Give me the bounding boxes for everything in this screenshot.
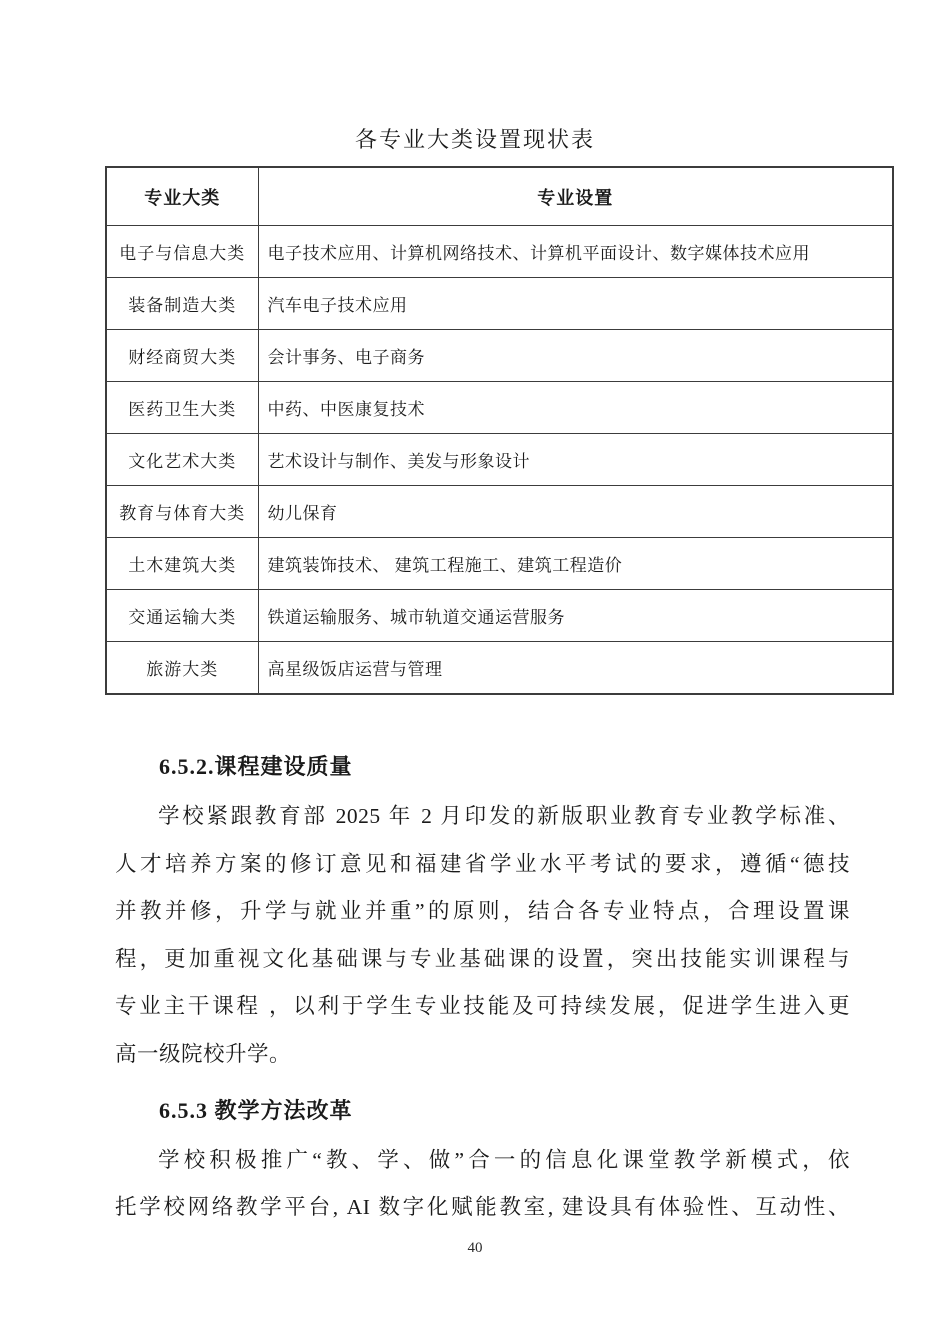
category-cell: 教育与体育大类	[106, 486, 258, 538]
category-cell: 财经商贸大类	[106, 330, 258, 382]
majors-cell: 汽车电子技术应用	[258, 278, 893, 330]
category-cell: 文化艺术大类	[106, 434, 258, 486]
table-title: 各专业大类设置现状表	[0, 0, 950, 155]
majors-cell: 高星级饭店运营与管理	[258, 642, 893, 695]
column-header-category: 专业大类	[106, 167, 258, 226]
majors-cell: 铁道运输服务、城市轨道交通运营服务	[258, 590, 893, 642]
table-row: 医药卫生大类 中药、中医康复技术	[106, 382, 893, 434]
document-section: 6.5.2.课程建设质量 学校紧跟教育部 2025 年 2 月印发的新版职业教育…	[115, 752, 850, 1079]
majors-table: 专业大类 专业设置 电子与信息大类 电子技术应用、计算机网络技术、计算机平面设计…	[105, 166, 894, 695]
majors-cell: 建筑装饰技术、 建筑工程施工、建筑工程造价	[258, 538, 893, 590]
table-row: 交通运输大类 铁道运输服务、城市轨道交通运营服务	[106, 590, 893, 642]
column-header-majors: 专业设置	[258, 167, 893, 226]
page-number: 40	[0, 1240, 950, 1257]
majors-table-body: 电子与信息大类 电子技术应用、计算机网络技术、计算机平面设计、数字媒体技术应用 …	[106, 226, 893, 695]
majors-cell: 幼儿保育	[258, 486, 893, 538]
paragraph-line: 专业主干课程 ，以利于学生专业技能及可持续发展，促进学生进入更	[115, 983, 850, 1031]
table-row: 装备制造大类 汽车电子技术应用	[106, 278, 893, 330]
paragraph-line: 高一级院校升学。	[115, 1031, 850, 1079]
section-paragraph: 学校紧跟教育部 2025 年 2 月印发的新版职业教育专业教学标准、人才培养方案…	[115, 793, 850, 1079]
category-cell: 土木建筑大类	[106, 538, 258, 590]
majors-cell: 中药、中医康复技术	[258, 382, 893, 434]
paragraph-line: 并教并修，升学与就业并重”的原则，结合各专业特点，合理设置课	[115, 888, 850, 936]
table-row: 旅游大类 高星级饭店运营与管理	[106, 642, 893, 695]
paragraph-line: 程，更加重视文化基础课与专业基础课的设置，突出技能实训课程与	[115, 936, 850, 984]
sections: 6.5.2.课程建设质量 学校紧跟教育部 2025 年 2 月印发的新版职业教育…	[115, 752, 850, 1232]
category-cell: 医药卫生大类	[106, 382, 258, 434]
table-row: 电子与信息大类 电子技术应用、计算机网络技术、计算机平面设计、数字媒体技术应用	[106, 226, 893, 278]
table-row: 土木建筑大类 建筑装饰技术、 建筑工程施工、建筑工程造价	[106, 538, 893, 590]
paragraph-line: 人才培养方案的修订意见和福建省学业水平考试的要求，遵循“德技	[115, 841, 850, 889]
document-section: 6.5.3 教学方法改革 学校积极推广“教、学、做”合一的信息化课堂教学新模式，…	[115, 1096, 850, 1232]
category-cell: 装备制造大类	[106, 278, 258, 330]
category-cell: 旅游大类	[106, 642, 258, 695]
section-heading: 6.5.3 教学方法改革	[115, 1096, 850, 1126]
paragraph-line: 学校积极推广“教、学、做”合一的信息化课堂教学新模式，依	[115, 1137, 850, 1185]
majors-cell: 电子技术应用、计算机网络技术、计算机平面设计、数字媒体技术应用	[258, 226, 893, 278]
majors-cell: 会计事务、电子商务	[258, 330, 893, 382]
table-row: 文化艺术大类 艺术设计与制作、美发与形象设计	[106, 434, 893, 486]
document-page: 各专业大类设置现状表 专业大类 专业设置 电子与信息大类 电子技术应用、计算机网…	[0, 0, 950, 1343]
table-header-row: 专业大类 专业设置	[106, 167, 893, 226]
category-cell: 电子与信息大类	[106, 226, 258, 278]
paragraph-line: 学校紧跟教育部 2025 年 2 月印发的新版职业教育专业教学标准、	[115, 793, 850, 841]
section-heading: 6.5.2.课程建设质量	[115, 752, 850, 782]
table-row: 教育与体育大类 幼儿保育	[106, 486, 893, 538]
category-cell: 交通运输大类	[106, 590, 258, 642]
paragraph-line: 托学校网络教学平台, AI 数字化赋能教室, 建设具有体验性、互动性、	[115, 1184, 850, 1232]
majors-cell: 艺术设计与制作、美发与形象设计	[258, 434, 893, 486]
table-row: 财经商贸大类 会计事务、电子商务	[106, 330, 893, 382]
section-paragraph: 学校积极推广“教、学、做”合一的信息化课堂教学新模式，依托学校网络教学平台, A…	[115, 1137, 850, 1232]
